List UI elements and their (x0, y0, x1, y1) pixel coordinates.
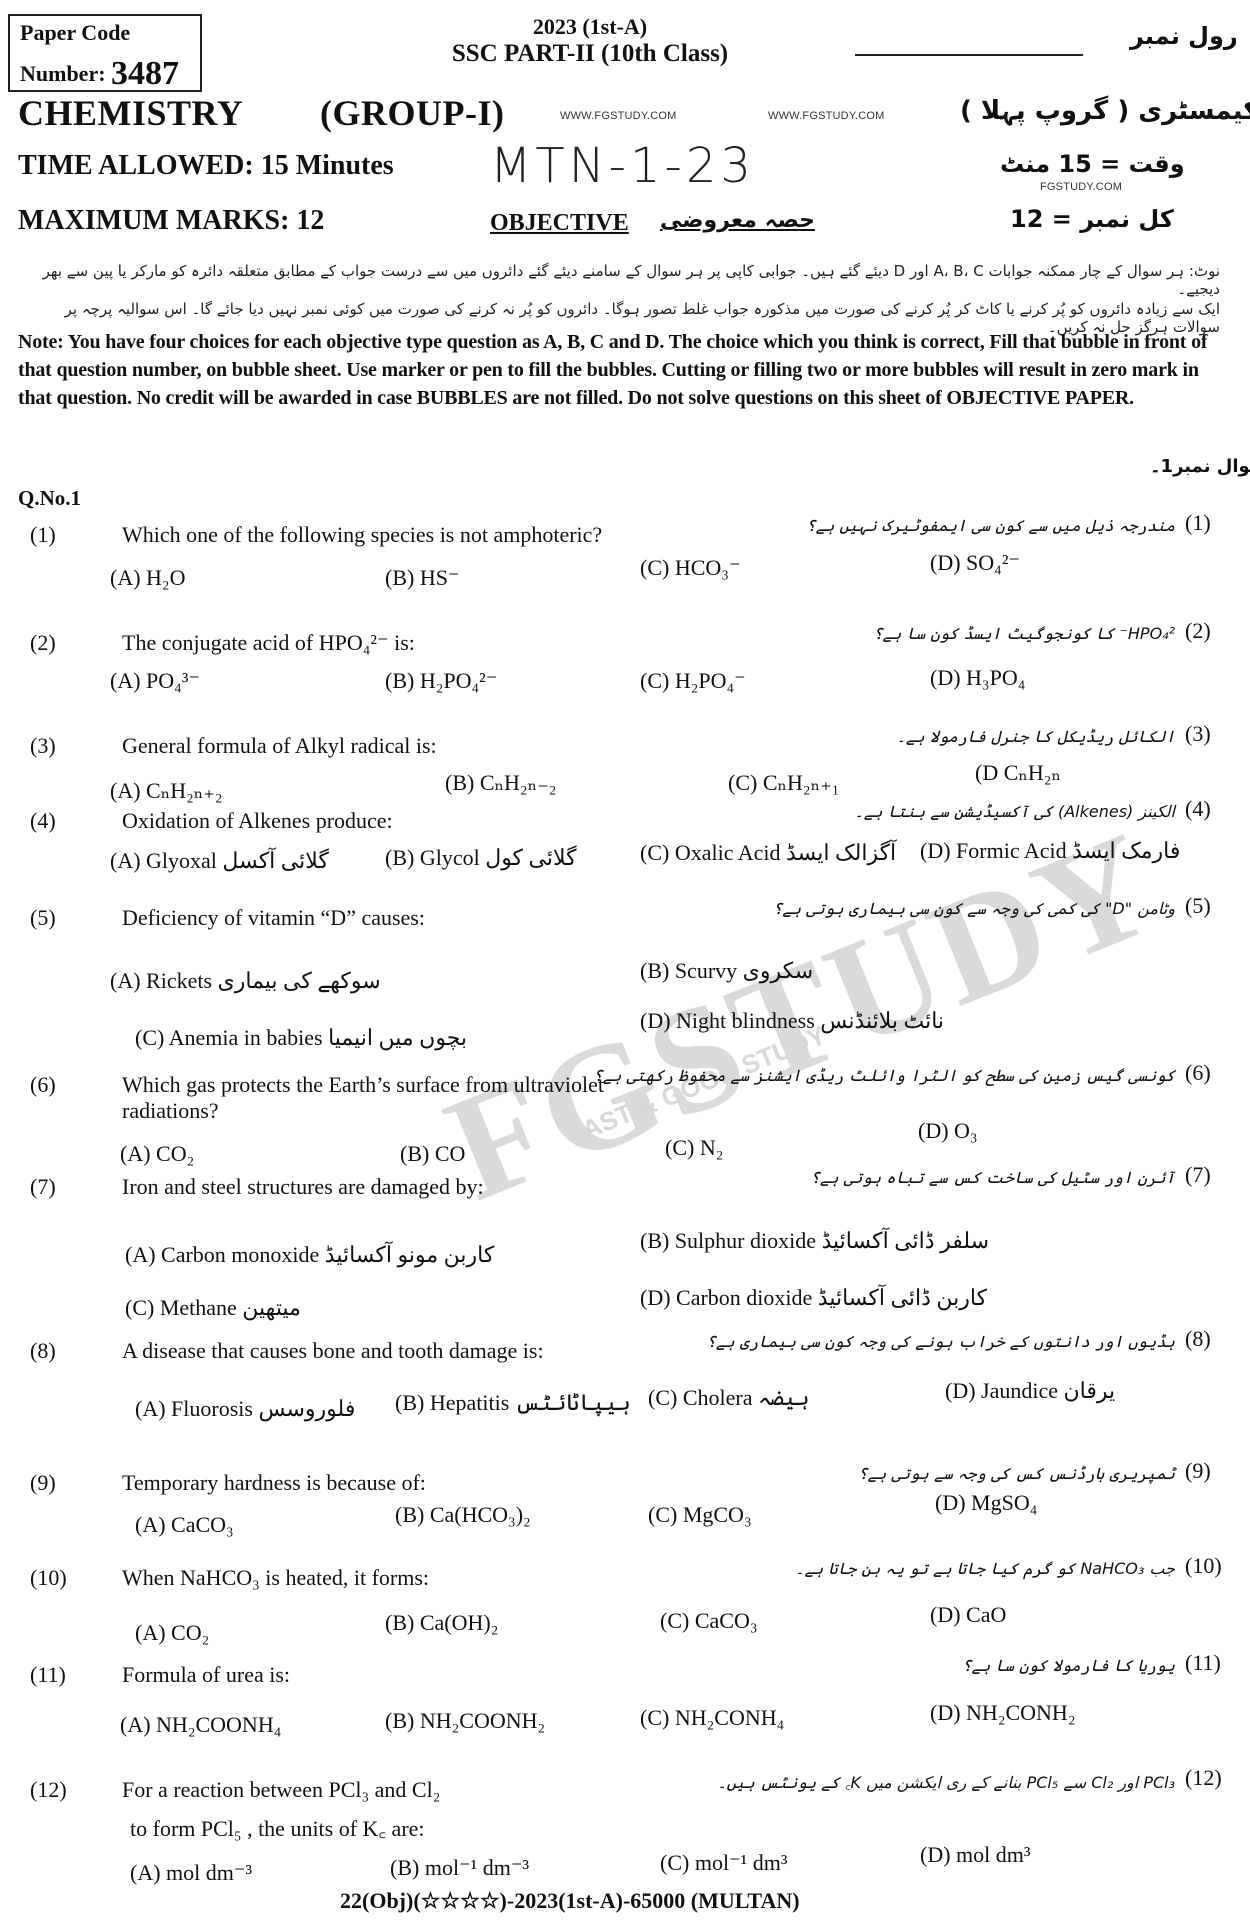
answer-option-b: (B) H₂PO₄²⁻ (385, 668, 497, 694)
time-allowed: TIME ALLOWED: 15 Minutes (18, 150, 394, 182)
question-text-urdu: کونسی گیس زمین کی سطح کو الٹرا وائلٹ ریڈ… (593, 1066, 1175, 1085)
paper-number-row: Number: 3487 (20, 52, 179, 90)
paper-code-label: Paper Code (20, 20, 130, 46)
question-number-urdu-side: (7) (1185, 1162, 1211, 1188)
answer-option-a: (A) Glyoxal گلائی آکسل (110, 848, 329, 874)
answer-option-c: (C) Cholera ہیضہ (648, 1385, 810, 1411)
answer-option-c: (C) Methane میتھین (125, 1295, 301, 1321)
answer-option-a: (A) CaCO₃ (135, 1512, 234, 1538)
question-number: (12) (30, 1777, 67, 1803)
exam-title: SSC PART-II (10th Class) (395, 40, 785, 68)
question-number-urdu-side: (2) (1185, 618, 1211, 644)
answer-option-b: (B) NH₂COONH₂ (385, 1708, 545, 1734)
question-number-urdu-side: (1) (1185, 510, 1211, 536)
answer-option-d: (D) MgSO₄ (935, 1490, 1037, 1516)
answer-option-c: (C) mol⁻¹ dm³ (660, 1850, 787, 1876)
answer-option-d: (D CₙH₂ₙ (975, 760, 1061, 786)
answer-option-d: (D) O₃ (918, 1118, 978, 1144)
handwritten-code: MTN-1-23 (490, 138, 755, 194)
answer-option-b: (B) Ca(HCO₃)₂ (395, 1502, 531, 1528)
watermark-text: FGSTUDY.COM (1040, 181, 1122, 193)
answer-option-b: (B) Hepatitis ہیپاٹائٹس (395, 1390, 631, 1416)
question-text-continued: to form PCl₅ , the units of K꜀ are: (130, 1813, 425, 1843)
question-number-urdu-side: (5) (1185, 893, 1211, 919)
question-number-label: Q.No.1 (18, 486, 81, 511)
question-number-urdu-side: (9) (1185, 1458, 1211, 1484)
question-text-urdu: مندرجہ ذیل میں سے کون سی ایمفوٹیرک نہیں … (806, 516, 1175, 535)
answer-option-a: (A) CO₂ (120, 1141, 194, 1167)
paper-number: 3487 (111, 55, 179, 92)
answer-option-c: (C) CₙH₂ₙ₊₁ (728, 770, 839, 796)
answer-option-a: (A) Fluorosis فلوروسس (135, 1396, 355, 1422)
question-text: Formula of urea is: (122, 1662, 742, 1688)
answer-option-d: (D) Formic Acid فارمک ایسڈ (920, 838, 1180, 864)
answer-option-d: (D) Carbon dioxide کاربن ڈائی آکسائیڈ (640, 1285, 987, 1311)
answer-option-c: (C) H₂PO₄⁻ (640, 668, 746, 694)
answer-option-d: (D) Jaundice یرقان (945, 1378, 1115, 1404)
question-number: (1) (30, 522, 56, 548)
answer-option-d: (D) H₃PO₄ (930, 665, 1025, 691)
question-text: Which one of the following species is no… (122, 522, 742, 548)
question-text: When NaHCO₃ is heated, it forms: (122, 1565, 742, 1591)
answer-option-b: (B) mol⁻¹ dm⁻³ (390, 1855, 529, 1881)
question-number: (3) (30, 733, 56, 759)
question-number: (5) (30, 905, 56, 931)
answer-option-a: (A) Rickets سوکھے کی بیماری (110, 968, 381, 994)
question-text-urdu: الکینز (Alkenes) کی آکسیڈیشن سے بنتا ہے۔ (854, 802, 1175, 821)
watermark-text: WWW.FGSTUDY.COM (560, 110, 676, 122)
question-text-urdu: PCl₃ اور Cl₂ سے PCl₅ بنانے کے ری ایکشن م… (717, 1771, 1175, 1793)
answer-option-b: (B) CₙH₂ₙ₋₂ (445, 770, 556, 796)
group-title: (GROUP-I) (320, 92, 504, 134)
roll-number-urdu: رول نمبر (1130, 22, 1238, 50)
question-number: (10) (30, 1565, 67, 1591)
answer-option-c: (C) MgCO₃ (648, 1502, 752, 1528)
question-number-urdu-side: (11) (1185, 1650, 1221, 1676)
marks-urdu: کل نمبر = 12 (1010, 205, 1174, 233)
question-number-label-urdu: سوال نمبر1۔ (1150, 456, 1250, 477)
question-number: (8) (30, 1338, 56, 1364)
question-text-urdu: الکائل ریڈیکل کا جنرل فارمولا ہے۔ (896, 727, 1175, 746)
question-text: Oxidation of Alkenes produce: (122, 808, 742, 834)
question-number: (11) (30, 1662, 66, 1688)
answer-option-a: (A) mol dm⁻³ (130, 1860, 252, 1886)
answer-option-d: (D) CaO (930, 1602, 1006, 1628)
question-text: Iron and steel structures are damaged by… (122, 1174, 742, 1200)
answer-option-c: (C) Oxalic Acid آگزالک ایسڈ (640, 840, 896, 866)
year-session: 2023 (1st-A) (470, 14, 710, 40)
question-text: Temporary hardness is because of: (122, 1470, 742, 1496)
question-number: (6) (30, 1072, 56, 1098)
subject-urdu: کیمسٹری ( گروپ پہلا ) (960, 96, 1250, 126)
question-text-urdu: جب NaHCO₃ کو گرم کیا جاتا ہے تو یہ بن جا… (795, 1559, 1175, 1578)
question-number: (9) (30, 1470, 56, 1496)
question-number-urdu-side: (12) (1185, 1765, 1222, 1791)
question-text: Deficiency of vitamin “D” causes: (122, 905, 742, 931)
instructions-urdu-line1: نوٹ: ہر سوال کے چار ممکنہ جوابات A، B، C… (40, 262, 1220, 298)
answer-option-d: (D) NH₂CONH₂ (930, 1700, 1076, 1726)
subject-title: CHEMISTRY (18, 92, 243, 134)
answer-option-a: (A) NH₂COONH₄ (120, 1712, 281, 1738)
paper-code-box: Paper Code Number: 3487 (8, 14, 202, 92)
answer-option-d: (D) SO₄²⁻ (930, 550, 1020, 576)
question-number: (4) (30, 808, 56, 834)
answer-option-b: (B) Glycol گلائی کول (385, 845, 577, 871)
answer-option-c: (C) Anemia in babies بچوں میں انیمیا (135, 1025, 467, 1051)
question-text: A disease that causes bone and tooth dam… (122, 1338, 742, 1364)
answer-option-a: (A) PO₄³⁻ (110, 668, 200, 694)
question-number-urdu-side: (4) (1185, 796, 1211, 822)
question-text: Which gas protects the Earth’s surface f… (122, 1072, 642, 1124)
answer-option-c: (C) CaCO₃ (660, 1608, 758, 1634)
question-text: For a reaction between PCl₃ and Cl₂ (122, 1777, 742, 1803)
question-number-urdu-side: (6) (1185, 1060, 1211, 1086)
answer-option-b: (B) Ca(OH)₂ (385, 1610, 498, 1636)
question-text-urdu: HPO₄²⁻ کا کونجوگیٹ ایسڈ کون سا ہے؟ (873, 624, 1175, 643)
question-text-urdu: ٹمپریری ہارڈنس کس کی وجہ سے ہوتی ہے؟ (858, 1464, 1175, 1483)
question-number-urdu-side: (10) (1185, 1553, 1222, 1579)
question-text-urdu: یوریا کا فارمولا کون سا ہے؟ (962, 1656, 1175, 1675)
question-number-urdu-side: (3) (1185, 721, 1211, 747)
answer-option-b: (B) Sulphur dioxide سلفر ڈائی آکسائیڈ (640, 1228, 989, 1254)
answer-option-c: (C) N₂ (665, 1135, 723, 1161)
question-text-urdu: آئرن اور سٹیل کی ساخت کس سے تباہ ہوتی ہے… (810, 1168, 1175, 1187)
answer-option-b: (B) Scurvy سکروی (640, 958, 813, 984)
answer-option-c: (C) HCO₃⁻ (640, 555, 741, 581)
instructions-note: Note: You have four choices for each obj… (18, 328, 1233, 412)
section-title-urdu: حصہ معروضی (660, 208, 815, 233)
question-text-urdu: ہڈیوں اور دانتوں کے خراب ہونے کی وجہ کون… (707, 1332, 1175, 1351)
watermark-text: WWW.FGSTUDY.COM (768, 110, 884, 122)
answer-option-a: (A) H₂O (110, 565, 186, 591)
paper-number-label: Number: (20, 61, 106, 86)
question-text: General formula of Alkyl radical is: (122, 733, 742, 759)
answer-option-c: (C) NH₂CONH₄ (640, 1705, 784, 1731)
section-title: OBJECTIVE (490, 210, 629, 237)
answer-option-a: (A) CₙH₂ₙ₊₂ (110, 778, 223, 804)
maximum-marks: MAXIMUM MARKS: 12 (18, 205, 324, 237)
answer-option-a: (A) CO₂ (135, 1620, 209, 1646)
answer-option-b: (B) HS⁻ (385, 565, 460, 591)
question-number: (7) (30, 1174, 56, 1200)
footer-code: 22(Obj)(☆☆☆☆)-2023(1st-A)-65000 (MULTAN) (340, 1888, 800, 1914)
time-urdu: وقت = 15 منٹ (1000, 150, 1185, 178)
answer-option-d: (D) Night blindness نائٹ بلائنڈنس (640, 1008, 944, 1034)
question-text-urdu: وٹامن "D" کی کمی کی وجہ سے کون سی بیماری… (773, 899, 1175, 918)
answer-option-a: (A) Carbon monoxide کاربن مونو آکسائیڈ (125, 1242, 494, 1268)
question-text: The conjugate acid of HPO₄²⁻ is: (122, 630, 742, 656)
roll-number-line (855, 54, 1083, 56)
question-number: (2) (30, 630, 56, 656)
answer-option-d: (D) mol dm³ (920, 1842, 1030, 1868)
question-number-urdu-side: (8) (1185, 1326, 1211, 1352)
answer-option-b: (B) CO (400, 1141, 465, 1167)
